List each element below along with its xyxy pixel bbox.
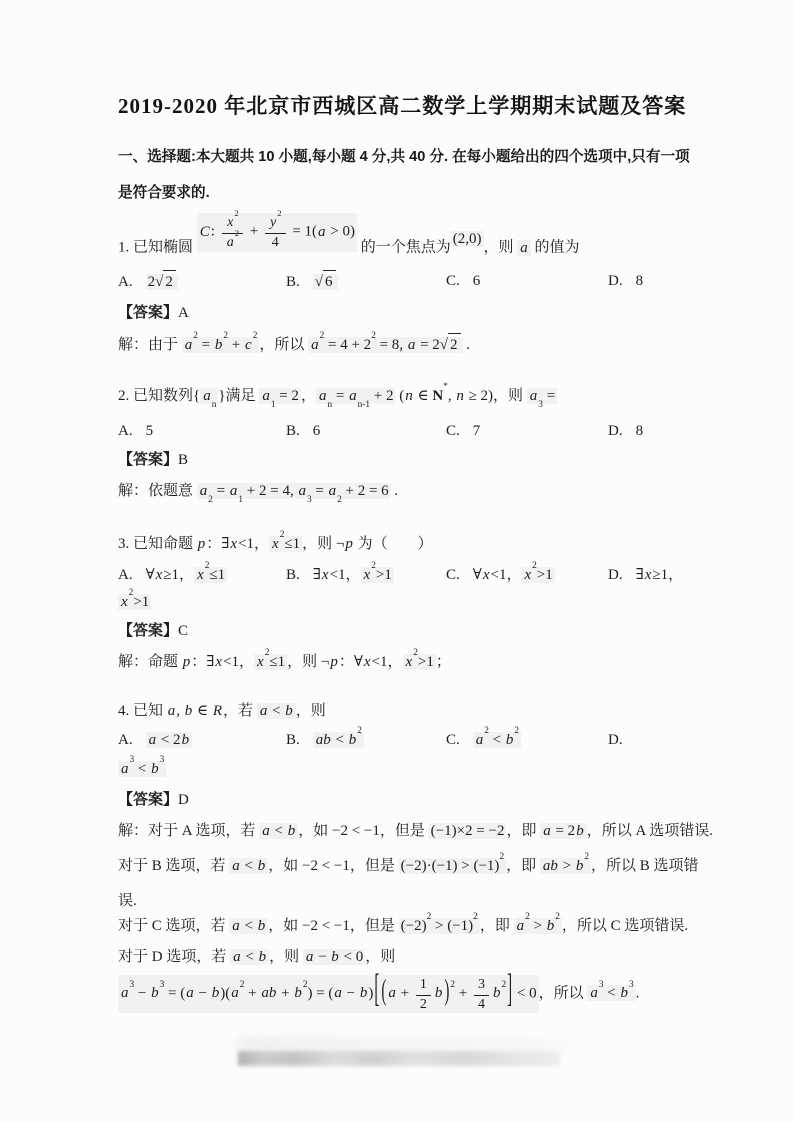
math-variable: a: [407, 337, 417, 353]
math-run: √6: [313, 274, 338, 290]
option-letter: D.: [608, 732, 623, 748]
math-run: a2 > b2: [514, 918, 562, 934]
math-variable: a: [199, 483, 209, 499]
math-variable: a: [261, 388, 271, 404]
math-variable: a: [529, 388, 539, 404]
superscript: 3: [130, 980, 135, 990]
subscript: 2: [337, 495, 342, 505]
question-4-options: A.a < 2bB.ab < b2C.a2 < b2D.: [118, 729, 678, 752]
math-variable: p: [197, 536, 207, 552]
option-value: √6: [313, 274, 338, 290]
option-value: ∀x<1，x2>1: [473, 567, 555, 583]
superscript: 3: [160, 755, 165, 765]
math-run: ab < b2: [313, 732, 364, 748]
question-1-options: A.2√2B.√6C.6D.8: [118, 270, 678, 294]
math-run: 2√2: [146, 274, 178, 290]
solution-4-a: 解：对于 A 选项，若 a < b，如 −2 < −1，但是 (−1)×2 = …: [118, 820, 678, 843]
math-run: a < b: [257, 703, 296, 719]
math-variable: b: [293, 985, 303, 1001]
superscript: 2: [265, 648, 270, 658]
option-D: D.: [608, 729, 678, 752]
question-4-stem: 4. 已知 a, b ∈ R，若 a < b，则: [118, 700, 678, 723]
math-run: an: [200, 388, 218, 404]
math-variable: x: [196, 567, 205, 583]
superscript: 2: [473, 912, 478, 922]
superscript: 2: [525, 912, 530, 922]
superscript: 3: [599, 980, 604, 990]
bold-text: 【答案】: [118, 792, 178, 808]
option-letter: D.: [608, 273, 623, 289]
math-variable: a: [297, 483, 307, 499]
math-variable: a: [542, 823, 552, 839]
solution-4-d: 对于 D 选项，若 a < b，则 a − b < 0，则: [118, 946, 678, 969]
superscript: 3: [160, 980, 165, 990]
math-variable: a: [226, 235, 235, 250]
math-variable: a: [202, 388, 212, 404]
math-run: a3 − b3 = (a − b)(a2 + ab + b2) = (a − b…: [118, 975, 539, 1014]
math-variable: b: [287, 823, 297, 839]
solution-1: 解：由于 a2 = b2 + c2，所以 a2 = 4 + 22 = 8, a …: [118, 333, 678, 357]
superscript: 2: [253, 331, 258, 341]
math-variable: x: [155, 567, 164, 583]
option-D: D.8: [608, 420, 678, 443]
question-3-stem: 3. 已知命题 p：∃x<1，x2≤1，则 ¬p 为（ ）: [118, 533, 678, 556]
option-D: D.8: [608, 270, 678, 294]
radical: √2: [440, 333, 461, 357]
math-variable: a: [167, 703, 177, 719]
answer-1: 【答案】A: [118, 302, 678, 325]
superscript: 2: [277, 208, 281, 218]
subscript: 3: [538, 400, 543, 410]
subscript: 3: [307, 495, 312, 505]
math-variable: x: [229, 536, 238, 552]
math-variable: a: [589, 985, 599, 1001]
solution-3: 解：命题 p：∃x<1，x2≤1，则 ¬p：∀x<1，x2>1；: [118, 651, 678, 674]
math-run: a2 = b2 + c2: [182, 337, 260, 353]
bracket: ): [444, 970, 449, 1016]
math-run: a3 < b3: [118, 761, 166, 777]
option-letter: A.: [118, 567, 133, 583]
subscript: n-1: [358, 400, 370, 410]
math-run: a < b: [230, 949, 269, 965]
solution-2: 解：依题意 a2 = a1 + 2 = 4, a3 = a2 + 2 = 6 .: [118, 480, 678, 503]
option-letter: A.: [118, 423, 133, 439]
math-run: a = 2b: [540, 823, 586, 839]
superscript: 2: [514, 726, 519, 736]
option-value: ∀x≥1，x2≤1: [146, 567, 228, 583]
option-B: B.ab < b2: [286, 729, 446, 752]
option-value: a < 2b: [146, 732, 192, 748]
math-run: C: x2a2 + y24 = 1(a > 0): [197, 213, 357, 252]
answer-2: 【答案】B: [118, 449, 678, 472]
math-run: x2≤1: [269, 536, 302, 552]
option-A: A.a < 2b: [118, 729, 286, 752]
math-variable: a: [348, 388, 358, 404]
solution-4-formula: a3 − b3 = (a − b)(a2 + ab + b2) = (a − b…: [118, 975, 678, 1014]
fraction: y24: [265, 213, 286, 252]
math-variable: x: [482, 567, 491, 583]
math-run: ab > b2: [540, 858, 591, 874]
option-letter: C.: [446, 273, 460, 289]
math-run: a2 = a1 + 2 = 4, a3 = a2 + 2 = 6: [197, 483, 391, 499]
bold-text: 【答案】: [118, 305, 178, 321]
math-variable: a: [475, 732, 485, 748]
option-A: A.∀x≥1，x2≤1: [118, 564, 286, 587]
superscript: 2: [193, 331, 198, 341]
math-variable: a: [259, 703, 269, 719]
math-variable: x: [214, 654, 223, 670]
math-variable: x: [256, 654, 265, 670]
option-value: 7: [473, 423, 481, 439]
superscript: 2: [584, 852, 589, 862]
question-4-option-d-wrap: a3 < b3: [118, 758, 678, 781]
option-C: C.a2 < b2: [446, 729, 608, 752]
superscript: 2: [357, 726, 362, 736]
math-variable: b: [211, 985, 221, 1001]
math-run: a: [517, 240, 531, 256]
question-3-options: A.∀x≥1，x2≤1B.∃x<1，x2>1C.∀x<1，x2>1D.∃x≥1，: [118, 564, 678, 587]
superscript: 2: [450, 980, 455, 990]
option-letter: C.: [446, 732, 460, 748]
math-variable: a: [230, 985, 240, 1001]
math-variable: x: [523, 567, 532, 583]
math-run: a2 < b2: [473, 732, 521, 748]
blurred-watermark: [238, 1051, 560, 1066]
option-value: a2 < b2: [473, 732, 521, 748]
superscript: 3: [130, 755, 135, 765]
solution-4-b: 对于 B 选项，若 a < b，如 −2 < −1，但是 (−2)·(−1) >…: [118, 855, 678, 878]
superscript: 2: [235, 228, 239, 238]
option-value: 2√2: [146, 274, 178, 290]
option-value: 5: [146, 423, 154, 439]
answer-4: 【答案】D: [118, 789, 678, 812]
option-letter: B.: [286, 423, 300, 439]
math-run: a < b: [229, 858, 268, 874]
math-run: a2 = 4 + 22 = 8, a = 2√2: [308, 337, 462, 353]
math-variable: x: [120, 594, 129, 610]
math-variable: n: [455, 388, 465, 404]
math-variable: a: [231, 858, 241, 874]
math-run: (2,0): [451, 231, 484, 247]
math-run: x2>1: [521, 567, 554, 583]
option-B: B.√6: [286, 270, 446, 294]
question-2-stem: 2. 已知数列{an}满足 a1 = 2，an = an-1 + 2 (n ∈ …: [118, 385, 678, 408]
answer-3: 【答案】C: [118, 620, 678, 643]
math-run: an = an-1 + 2: [316, 388, 396, 404]
math-run: a < b: [259, 823, 298, 839]
math-variable: x: [363, 654, 372, 670]
superscript: 2: [303, 980, 308, 990]
math-variable: b: [330, 949, 340, 965]
option-letter: D.: [608, 567, 623, 583]
option-D: D.∃x≥1，: [608, 564, 683, 587]
document-content: 2019-2020 年北京市西城区高二数学上学期期末试题及答案 一、选择题:本大…: [118, 90, 678, 1013]
math-variable: a: [120, 761, 130, 777]
fraction: 34: [474, 975, 489, 1014]
option-A: A.5: [118, 420, 286, 443]
math-variable: p: [329, 654, 339, 670]
radical: √6: [315, 270, 336, 294]
math-variable: a: [333, 985, 343, 1001]
math-run: x2≤1: [254, 654, 287, 670]
math-variable: ab: [315, 732, 332, 748]
math-variable: x: [644, 567, 653, 583]
math-variable: a: [148, 732, 158, 748]
option-B: B.6: [286, 420, 446, 443]
bracket: (: [381, 970, 386, 1016]
option-letter: D.: [608, 423, 623, 439]
math-run: a < 2b: [146, 732, 192, 748]
math-run: (−1)×2 = −2: [429, 823, 507, 839]
math-variable: a: [328, 483, 338, 499]
math-variable: x: [321, 567, 330, 583]
math-variable: a: [310, 337, 320, 353]
page: 2019-2020 年北京市西城区高二数学上学期期末试题及答案 一、选择题:本大…: [0, 0, 793, 1122]
option-letter: A.: [118, 732, 133, 748]
math-run: a1 = 2: [259, 388, 301, 404]
subscript: n: [327, 400, 332, 410]
math-variable: R: [212, 703, 223, 719]
superscript: 2: [499, 852, 504, 862]
superscript: 2: [280, 530, 285, 540]
option-value: ∃x<1，x2>1: [313, 567, 394, 583]
option-letter: B.: [286, 274, 300, 290]
math-variable: y: [269, 215, 277, 230]
option-C: C.6: [446, 270, 608, 294]
solution-4-b-wrap: 误.: [118, 890, 678, 913]
math-variable: x: [363, 567, 372, 583]
option-value: ∃x≥1，: [636, 567, 684, 583]
math-run: a3 =: [527, 388, 557, 404]
option-letter: C.: [446, 423, 460, 439]
superscript: 2: [427, 912, 432, 922]
math-variable: b: [575, 858, 585, 874]
option-letter: B.: [286, 567, 300, 583]
math-variable: b: [284, 703, 294, 719]
math-variable: c: [244, 337, 253, 353]
math-variable: a: [516, 918, 526, 934]
math-variable: b: [150, 985, 160, 1001]
section-intro-line2: 是符合要求的.: [118, 182, 678, 205]
bold-text: N: [432, 388, 443, 404]
superscript: 2: [555, 912, 560, 922]
math-variable: n: [404, 388, 414, 404]
math-variable: ab: [542, 858, 559, 874]
option-value: ab < b2: [313, 732, 364, 748]
math-variable: C: [199, 224, 211, 240]
option-A: A.2√2: [118, 270, 286, 294]
math-variable: b: [546, 918, 556, 934]
math-run: a − b < 0: [303, 949, 365, 965]
math-run: (−2)·(−1) > (−1)2: [399, 858, 506, 874]
superscript: 2: [371, 561, 376, 571]
subscript: 1: [271, 400, 276, 410]
math-run: x2≤1: [194, 567, 227, 583]
option-letter: C.: [446, 567, 460, 583]
option-value: 8: [636, 423, 644, 439]
superscript: 2: [532, 561, 537, 571]
math-variable: a: [120, 985, 130, 1001]
superscript: 2: [129, 588, 134, 598]
math-variable: a: [231, 918, 241, 934]
superscript: 2: [223, 331, 228, 341]
question-2-options: A.5B.6C.7D.8: [118, 420, 678, 443]
bold-text: 【答案】: [118, 623, 178, 639]
math-variable: b: [184, 703, 194, 719]
math-run: a < b: [229, 918, 268, 934]
math-variable: b: [214, 337, 224, 353]
question-1-stem: 1. 已知椭圆 C: x2a2 + y24 = 1(a > 0) 的一个焦点为(…: [118, 213, 678, 260]
math-run: x2>1: [118, 594, 151, 610]
section-intro-line1: 一、选择题:本大题共 10 小题,每小题 4 分,共 40 分. 在每小题给出的…: [118, 146, 678, 169]
math-variable: b: [620, 985, 630, 1001]
math-variable: b: [257, 918, 267, 934]
math-run: x2>1: [361, 567, 394, 583]
math-variable: b: [575, 823, 585, 839]
math-run: x2>1: [403, 654, 436, 670]
page-title: 2019-2020 年北京市西城区高二数学上学期期末试题及答案: [118, 90, 678, 120]
option-value: 6: [473, 273, 481, 289]
math-variable: ab: [260, 985, 277, 1001]
math-variable: b: [150, 761, 160, 777]
math-variable: x: [405, 654, 414, 670]
superscript: 2: [501, 980, 506, 990]
math-variable: a: [229, 483, 239, 499]
solution-4-c: 对于 C 选项，若 a < b，如 −2 < −1，但是 (−2)2 > (−1…: [118, 915, 678, 938]
subscript: 2: [208, 495, 213, 505]
option-letter: A.: [118, 274, 133, 290]
math-variable: a: [184, 337, 194, 353]
math-variable: a: [261, 823, 271, 839]
math-variable: b: [434, 985, 444, 1001]
superscript: 2: [234, 208, 238, 218]
math-variable: b: [181, 732, 191, 748]
option-letter: B.: [286, 732, 300, 748]
fraction: 12: [416, 975, 431, 1014]
math-variable: a: [519, 240, 529, 256]
fraction: x2a2: [222, 213, 243, 252]
superscript: 2: [205, 561, 210, 571]
question-3-option-d-wrap: x2>1: [118, 591, 678, 614]
option-value: 6: [313, 423, 321, 439]
bracket: [: [374, 963, 379, 1023]
option-value: 8: [636, 273, 644, 289]
option-C: C.7: [446, 420, 608, 443]
math-variable: a: [232, 949, 242, 965]
math-variable: a: [185, 985, 195, 1001]
superscript: 2: [371, 331, 376, 341]
subscript: 1: [238, 495, 243, 505]
math-variable: a: [317, 224, 327, 240]
bold-text: 【答案】: [118, 452, 178, 468]
math-variable: x: [271, 536, 280, 552]
radical: √2: [155, 270, 176, 294]
math-variable: b: [505, 732, 515, 748]
superscript: 2: [320, 331, 325, 341]
bracket: ]: [507, 963, 512, 1023]
math-variable: b: [348, 732, 358, 748]
option-C: C.∀x<1，x2>1: [446, 564, 608, 587]
math-variable: b: [359, 985, 369, 1001]
math-run: (−2)2 > (−1)2: [399, 918, 480, 934]
option-B: B.∃x<1，x2>1: [286, 564, 446, 587]
math-variable: p: [344, 536, 354, 552]
math-variable: b: [258, 949, 268, 965]
superscript: 2: [240, 980, 245, 990]
math-variable: b: [257, 858, 267, 874]
superscript: 2: [413, 648, 418, 658]
subscript: n: [212, 400, 217, 410]
math-variable: p: [182, 654, 192, 670]
raised-text: (2,0): [451, 228, 484, 251]
superscript: *: [443, 382, 448, 392]
superscript: 2: [484, 726, 489, 736]
math-run: a3 < b3: [587, 985, 635, 1001]
superscript: 3: [629, 980, 634, 990]
math-variable: a: [387, 985, 397, 1001]
math-variable: a: [305, 949, 315, 965]
